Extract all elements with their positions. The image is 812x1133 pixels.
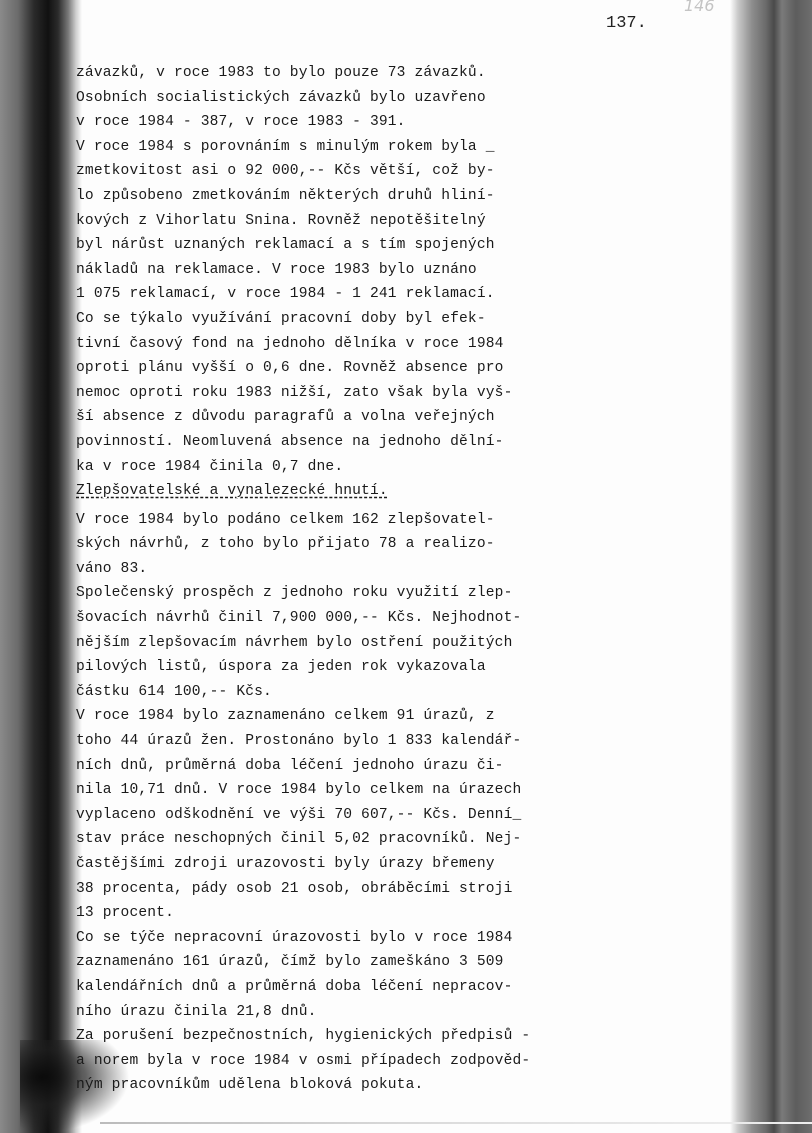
text-line: tivní časový fond na jednoho dělníka v r… bbox=[76, 332, 636, 357]
text-line: ka v roce 1984 činila 0,7 dne. bbox=[76, 455, 636, 480]
text-line: zmetkovitost asi o 92 000,-- Kčs větší, … bbox=[76, 159, 636, 184]
section-heading: Zlepšovatelské a vynalezecké hnutí. bbox=[76, 479, 636, 504]
text-line: šovacích návrhů činil 7,900 000,-- Kčs. … bbox=[76, 606, 636, 631]
body-text: závazků, v roce 1983 to bylo pouze 73 zá… bbox=[76, 61, 636, 1098]
text-line: toho 44 úrazů žen. Prostonáno bylo 1 833… bbox=[76, 729, 636, 754]
text-line: Osobních socialistických závazků bylo uz… bbox=[76, 86, 636, 111]
archive-pencil-number: 146 bbox=[684, 0, 715, 15]
text-line: váno 83. bbox=[76, 557, 636, 582]
text-line: Za porušení bezpečnostních, hygienických… bbox=[76, 1024, 636, 1049]
text-line: ských návrhů, z toho bylo přijato 78 a r… bbox=[76, 532, 636, 557]
text-line: nila 10,71 dnů. V roce 1984 bylo celkem … bbox=[76, 778, 636, 803]
text-line: byl nárůst uznaných reklamací a s tím sp… bbox=[76, 233, 636, 258]
text-line: povinností. Neomluvená absence na jednoh… bbox=[76, 430, 636, 455]
text-line: ních dnů, průměrná doba léčení jednoho ú… bbox=[76, 754, 636, 779]
text-line: 13 procent. bbox=[76, 901, 636, 926]
text-line: pilových listů, úspora za jeden rok vyka… bbox=[76, 655, 636, 680]
text-line: ší absence z důvodu paragrafů a volna ve… bbox=[76, 405, 636, 430]
scan-edge-shadow-right bbox=[730, 0, 812, 1133]
text-line: Co se týče nepracovní úrazovosti bylo v … bbox=[76, 926, 636, 951]
text-line: nemoc oproti roku 1983 nižší, zato však … bbox=[76, 381, 636, 406]
text-line: Co se týkalo využívání pracovní doby byl… bbox=[76, 307, 636, 332]
text-line: v roce 1984 - 387, v roce 1983 - 391. bbox=[76, 110, 636, 135]
text-line: vyplaceno odškodnění ve výši 70 607,-- K… bbox=[76, 803, 636, 828]
text-line: Společenský prospěch z jednoho roku využ… bbox=[76, 581, 636, 606]
page-bottom-edge bbox=[100, 1122, 812, 1124]
text-line: částku 614 100,-- Kčs. bbox=[76, 680, 636, 705]
paragraph-block-1: závazků, v roce 1983 to bylo pouze 73 zá… bbox=[76, 61, 636, 479]
binding-shadow-left bbox=[0, 0, 82, 1133]
text-line: 38 procenta, pády osob 21 osob, obráběcí… bbox=[76, 877, 636, 902]
page-number: 137. bbox=[606, 14, 647, 33]
text-line: zaznamenáno 161 úrazů, čímž bylo zamešká… bbox=[76, 950, 636, 975]
text-line: V roce 1984 s porovnáním s minulým rokem… bbox=[76, 135, 636, 160]
text-line: lo způsobeno zmetkováním některých druhů… bbox=[76, 184, 636, 209]
scanned-page: 137. 146 závazků, v roce 1983 to bylo po… bbox=[0, 0, 812, 1133]
text-line: V roce 1984 bylo zaznamenáno celkem 91 ú… bbox=[76, 704, 636, 729]
text-line: kových z Vihorlatu Snina. Rovněž nepotěš… bbox=[76, 209, 636, 234]
text-line: častějšími zdroji urazovosti byly úrazy … bbox=[76, 852, 636, 877]
text-line: a norem byla v roce 1984 v osmi případec… bbox=[76, 1049, 636, 1074]
text-line: kalendářních dnů a průměrná doba léčení … bbox=[76, 975, 636, 1000]
text-line: stav práce neschopných činil 5,02 pracov… bbox=[76, 827, 636, 852]
text-line: V roce 1984 bylo podáno celkem 162 zlepš… bbox=[76, 508, 636, 533]
text-line: ným pracovníkům udělena bloková pokuta. bbox=[76, 1073, 636, 1098]
text-line: 1 075 reklamací, v roce 1984 - 1 241 rek… bbox=[76, 282, 636, 307]
paragraph-block-2: V roce 1984 bylo podáno celkem 162 zlepš… bbox=[76, 508, 636, 1098]
text-line: závazků, v roce 1983 to bylo pouze 73 zá… bbox=[76, 61, 636, 86]
text-line: oproti plánu vyšší o 0,6 dne. Rovněž abs… bbox=[76, 356, 636, 381]
text-line: nákladů na reklamace. V roce 1983 bylo u… bbox=[76, 258, 636, 283]
text-line: ního úrazu činila 21,8 dnů. bbox=[76, 1000, 636, 1025]
text-line: nějším zlepšovacím návrhem bylo ostření … bbox=[76, 631, 636, 656]
